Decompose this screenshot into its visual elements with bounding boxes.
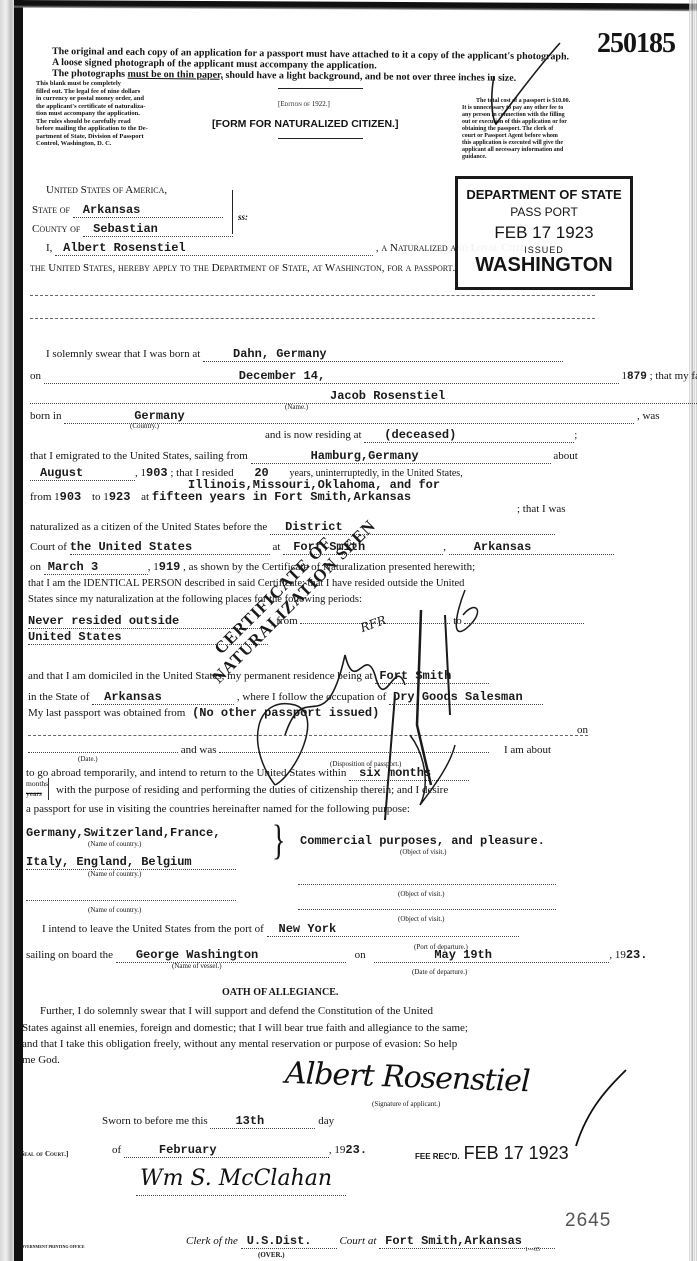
oath-line1: Further, I do solemnly swear that I will…: [40, 1005, 433, 1017]
instruction-line: out or execution of this application or …: [462, 119, 570, 126]
instruction-line: tion must accompany the application.: [36, 110, 148, 118]
oath-title: OATH OF ALLEGIANCE.: [222, 987, 338, 998]
sworn-day: 13th: [210, 1114, 315, 1129]
passport-issued-stamp: DEPARTMENT OF STATE PASS PORT FEB 17 192…: [455, 176, 633, 290]
scan-right-margin: [689, 0, 697, 1261]
clerk-row: Clerk of the U.S.Dist. Court at Fort Smi…: [186, 1234, 555, 1249]
about-text: I am about: [492, 744, 551, 756]
naturalization-text: naturalized as a citizen of the United S…: [30, 521, 267, 533]
year-prefix: , 19: [329, 1144, 346, 1156]
state-label: in the State of: [28, 691, 89, 703]
country-label: United States of America,: [46, 184, 167, 196]
bracket: [48, 778, 49, 800]
naturalization-date-row: on March 3, 1919 , as shown by the Certi…: [30, 560, 475, 575]
object-2: (Object of visit.): [298, 872, 556, 898]
departure-date: May 19th: [374, 948, 609, 963]
scan-left-margin: [0, 0, 14, 1261]
sworn-text: I solemnly swear that I was born at: [46, 348, 200, 360]
fee-received-stamp: FEE REC'D. FEB 17 1923: [415, 1143, 569, 1164]
applicant-name: Albert Rosenstiel: [55, 241, 373, 256]
residence-period-row: from 1903 to 1923 at fifteen years in Fo…: [30, 490, 411, 504]
last-passport-text: My last passport was obtained from: [28, 707, 185, 719]
instruction-line: before mailing the application to the De…: [36, 125, 148, 133]
sworn-text: Sworn to before me this: [102, 1115, 208, 1127]
vessel-caption: (Name of vessel.): [172, 962, 222, 970]
edition-label: [Edition of 1922.]: [278, 100, 330, 108]
to-year: 923: [109, 490, 131, 504]
clerk-court: U.S.Dist.: [241, 1234, 337, 1249]
year-prefix: , 1: [148, 561, 159, 573]
instruction-line: applicant all necessary information and: [462, 147, 570, 154]
state-row: State of Arkansas: [32, 203, 223, 218]
of-label: of: [112, 1144, 121, 1156]
applicant-signature: Albert Rosenstiel: [284, 1056, 530, 1100]
county-row: County of Sebastian: [32, 222, 233, 237]
country-name: Italy, England, Belgium: [26, 855, 236, 870]
i-label: I,: [46, 242, 52, 254]
county-label: County of: [32, 223, 80, 235]
on-label: on: [30, 370, 41, 382]
father-residence: (deceased): [364, 428, 574, 443]
rule: [278, 138, 363, 139]
instruction-line: This blank must be completely: [36, 80, 148, 88]
scan-top-edge: [14, 0, 697, 12]
stamp-date: FEB 17 1923: [458, 224, 630, 241]
oath-line2: States against all enemies, foreign and …: [22, 1022, 468, 1034]
photo-notice-prefix: The photographs: [52, 68, 125, 80]
file-number: 2645: [565, 1210, 611, 1232]
vessel-name: George Washington: [116, 948, 346, 963]
country-2: Italy, England, Belgium (Name of country…: [26, 852, 236, 878]
object-1: Commercial purposes, and pleasure. (Obje…: [300, 834, 545, 856]
year-prefix: , 19: [609, 949, 626, 961]
instruction-line: filled out. The legal fee of nine dollar…: [36, 88, 148, 96]
residing-row: and is now residing at (deceased);: [265, 428, 577, 443]
father-text: ; that my father,: [650, 370, 697, 382]
emigration-port: Hamburg,Germany: [251, 449, 551, 464]
court-name: the United States: [70, 540, 270, 555]
seal-label: [Seal of Court.]: [18, 1150, 68, 1158]
father-name: Jacob Rosenstiel: [30, 389, 697, 404]
sworn-month-row: of February, 1923.: [112, 1143, 367, 1158]
right-instructions: The total cost of a passport is $10.00. …: [462, 98, 570, 161]
was-text: , was: [637, 410, 660, 422]
fee-label: FEE REC'D.: [415, 1152, 460, 1161]
signature-slash-icon: [568, 1068, 628, 1153]
printer-label: GOVERNMENT PRINTING OFFICE: [18, 1244, 85, 1249]
date-departure-caption: (Date of departure.): [412, 968, 467, 976]
naturalization-row: naturalized as a citizen of the United S…: [30, 520, 555, 535]
blank-line: [30, 295, 595, 296]
scan-binding-edge: [14, 0, 23, 1261]
instruction-line: guidance.: [462, 154, 570, 161]
serial-number: 250185: [597, 28, 675, 60]
instruction-line: in currency or postal money order, and: [36, 95, 148, 103]
born-row: I solemnly swear that I was born at Dahn…: [46, 347, 563, 362]
object-value: Commercial purposes, and pleasure.: [300, 834, 545, 848]
instruction-line: Control, Washington, D. C.: [36, 140, 148, 148]
object-caption: (Object of visit.): [300, 848, 545, 856]
sworn-row: Sworn to before me this 13th day: [102, 1114, 334, 1129]
months-label: months: [26, 779, 48, 788]
instruction-line: any person in connection with the fillin…: [462, 112, 570, 119]
emigrated-text: that I emigrated to the United States, s…: [30, 450, 248, 462]
to-label: to 1: [84, 491, 109, 503]
blank-line: [30, 318, 595, 319]
clerk-signature: Wm S. McClahan: [140, 1166, 332, 1191]
instruction-line: the applicant's certificate of naturaliz…: [36, 103, 148, 111]
from-label: from 1: [30, 491, 60, 503]
state-value: Arkansas: [73, 203, 223, 218]
naturalized-suffix: ; that I was: [517, 503, 566, 515]
object-value: [298, 901, 556, 910]
country-caption: (Name of country.): [26, 840, 220, 848]
court-type: District: [270, 520, 555, 535]
departure-year: 23.: [626, 948, 648, 962]
form-title: [FORM FOR NATURALIZED CITIZEN.]: [212, 118, 398, 130]
day-label: day: [318, 1115, 334, 1127]
clerk-signature-line: [136, 1195, 346, 1196]
sworn-month: February: [124, 1143, 329, 1158]
was-label: and was: [181, 744, 217, 756]
departure-port: New York: [267, 922, 519, 937]
object-value: [298, 876, 556, 885]
rule: [278, 88, 363, 89]
bracket: [232, 190, 233, 234]
country-1: Germany,Switzerland,France, (Name of cou…: [26, 826, 220, 848]
born-in-row: born in Germany , was: [30, 409, 660, 424]
photo-notice-underlined: must be on thin paper,: [128, 69, 224, 81]
vessel-row: sailing on board the George Washington o…: [26, 948, 647, 963]
vessel-text: sailing on board the: [26, 949, 113, 961]
country-3: (Name of country.): [26, 888, 236, 914]
years-label: years: [26, 789, 42, 798]
from-year: 903: [60, 490, 82, 504]
residing-text: and is now residing at: [265, 429, 362, 441]
date-blank: [28, 752, 178, 753]
instruction-line: obtaining the passport. The clerk of: [462, 126, 570, 133]
instruction-line: this application is executed will give t…: [462, 140, 570, 147]
father-name-row: Jacob Rosenstiel: [30, 389, 697, 404]
instruction-line: The total cost of a passport is $10.00.: [462, 98, 570, 105]
port-text: I intend to leave the United States from…: [42, 923, 264, 935]
country-caption: (Name of country.): [26, 870, 236, 878]
instruction-line: The rules should be carefully read: [36, 118, 148, 126]
form-number: 1—65: [525, 1247, 540, 1253]
clerk-label: Clerk of the: [186, 1235, 238, 1247]
naturalization-date: March 3: [44, 560, 148, 575]
county-value: Sebastian: [83, 222, 233, 237]
birth-place: Dahn, Germany: [203, 347, 563, 362]
name-caption: (Name.): [285, 403, 308, 411]
about-text: about: [553, 450, 577, 462]
over-label: (OVER.): [258, 1251, 285, 1259]
stamp-city: WASHINGTON: [458, 255, 630, 275]
at-label: at: [272, 541, 280, 553]
date-caption: (Date.): [78, 755, 98, 763]
country-caption: (Name of country.): [26, 906, 236, 914]
instruction-line: court or Passport Agent before whom: [462, 133, 570, 140]
naturalization-year: 919: [159, 560, 181, 574]
on-label: on: [577, 724, 588, 736]
at-label: at: [133, 491, 149, 503]
court-at-label: Court at: [339, 1235, 376, 1247]
oath-line3: and that I take this obligation freely, …: [22, 1038, 457, 1050]
on-label: on: [349, 949, 372, 961]
birth-date: December 14,: [44, 369, 619, 384]
state-label: State of: [32, 204, 70, 216]
departure-port-row: I intend to leave the United States from…: [42, 922, 519, 937]
instruction-line: partment of State, Division of Passport: [36, 133, 148, 141]
on-label: on: [30, 561, 41, 573]
instruction-line: It is unnecessary to pay any other fee t…: [462, 105, 570, 112]
country-name: Germany,Switzerland,France,: [26, 826, 220, 840]
sworn-year: 23.: [345, 1143, 367, 1157]
country-name: [26, 892, 236, 901]
country-caption: (Country.): [130, 422, 159, 430]
photo-notice-suffix: should have a light background, and be n…: [226, 70, 517, 84]
places-line2: fifteen years in Fort Smith,Arkansas: [152, 490, 411, 504]
emigration-month: August: [30, 466, 135, 481]
born-in-label: born in: [30, 410, 61, 422]
year-prefix: , 1: [135, 467, 146, 479]
birth-year: 879: [627, 371, 647, 383]
object-3: (Object of visit.): [298, 897, 556, 923]
left-instructions: This blank must be completely filled out…: [36, 80, 148, 148]
court-of-label: Court of: [30, 541, 67, 553]
court-state: Arkansas: [449, 540, 614, 555]
emigrated-row: that I emigrated to the United States, s…: [30, 449, 578, 464]
ss-label: ss:: [238, 212, 248, 222]
emigration-year: 903: [146, 466, 168, 480]
signature-caption: (Signature of applicant.): [372, 1100, 440, 1108]
fee-date: FEB 17 1923: [464, 1143, 569, 1163]
oath-line4: me God.: [22, 1044, 60, 1066]
apply-text: the United States, hereby apply to the D…: [30, 262, 455, 274]
handwritten-annotation-icon: [235, 585, 495, 830]
stamp-passport: PASS PORT: [458, 206, 630, 218]
domicile-state: Arkansas: [92, 690, 234, 705]
stamp-dept: DEPARTMENT OF STATE: [458, 188, 630, 201]
birth-date-row: on December 14, 1879 ; that my father,: [30, 369, 697, 384]
